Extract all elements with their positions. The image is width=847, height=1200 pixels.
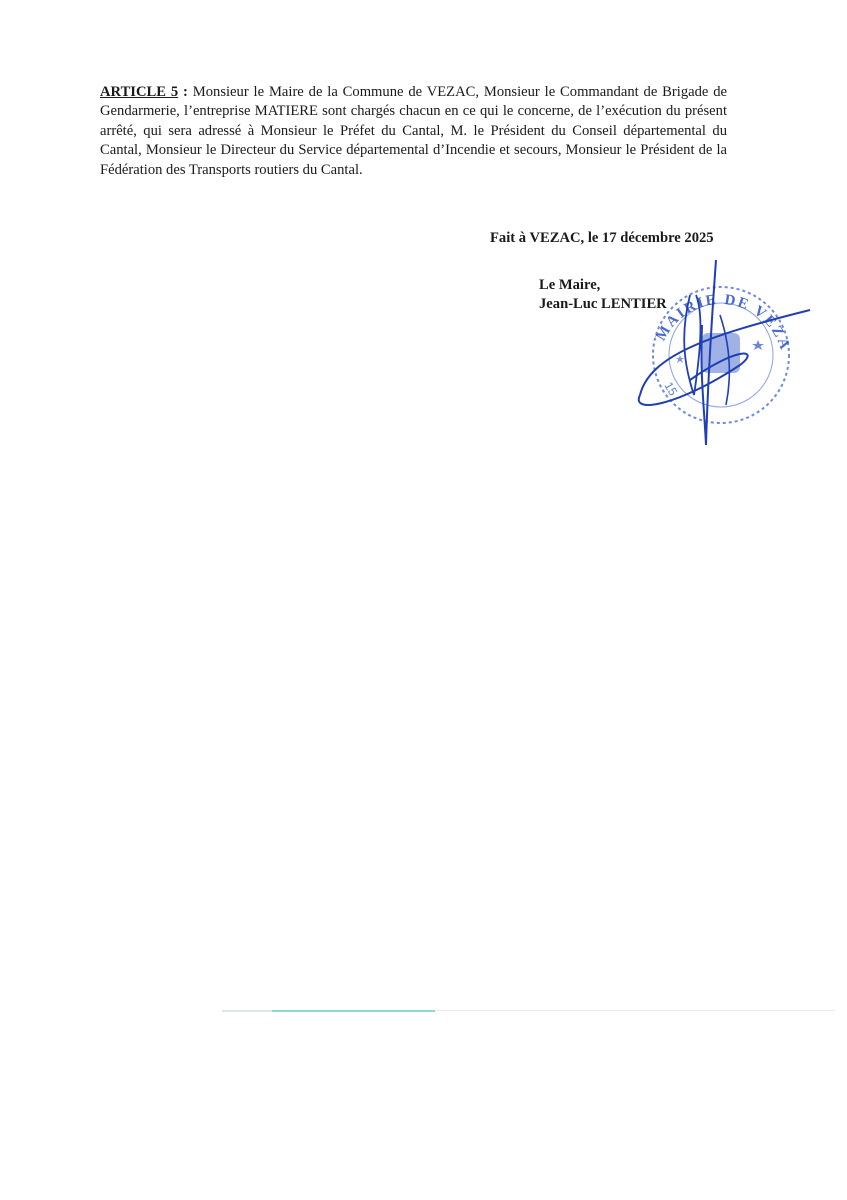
article-separator: :	[178, 84, 193, 100]
place-date: Fait à VEZAC, le 17 décembre 2025	[490, 230, 714, 247]
line-segment	[272, 1010, 435, 1012]
stamp-signature-icon: MAIRIE DE VEZAC 15	[620, 255, 820, 455]
line-segment	[435, 1010, 835, 1011]
scan-line-divider	[222, 1010, 837, 1012]
svg-text:15: 15	[661, 380, 680, 399]
article-5: ARTICLE 5 : Monsieur le Maire de la Comm…	[100, 83, 727, 180]
article-text: Monsieur le Maire de la Commune de VEZAC…	[100, 84, 727, 178]
article-label: ARTICLE 5	[100, 84, 178, 100]
mayor-stamp-and-signature: MAIRIE DE VEZAC 15	[620, 255, 820, 455]
line-segment	[222, 1010, 272, 1012]
